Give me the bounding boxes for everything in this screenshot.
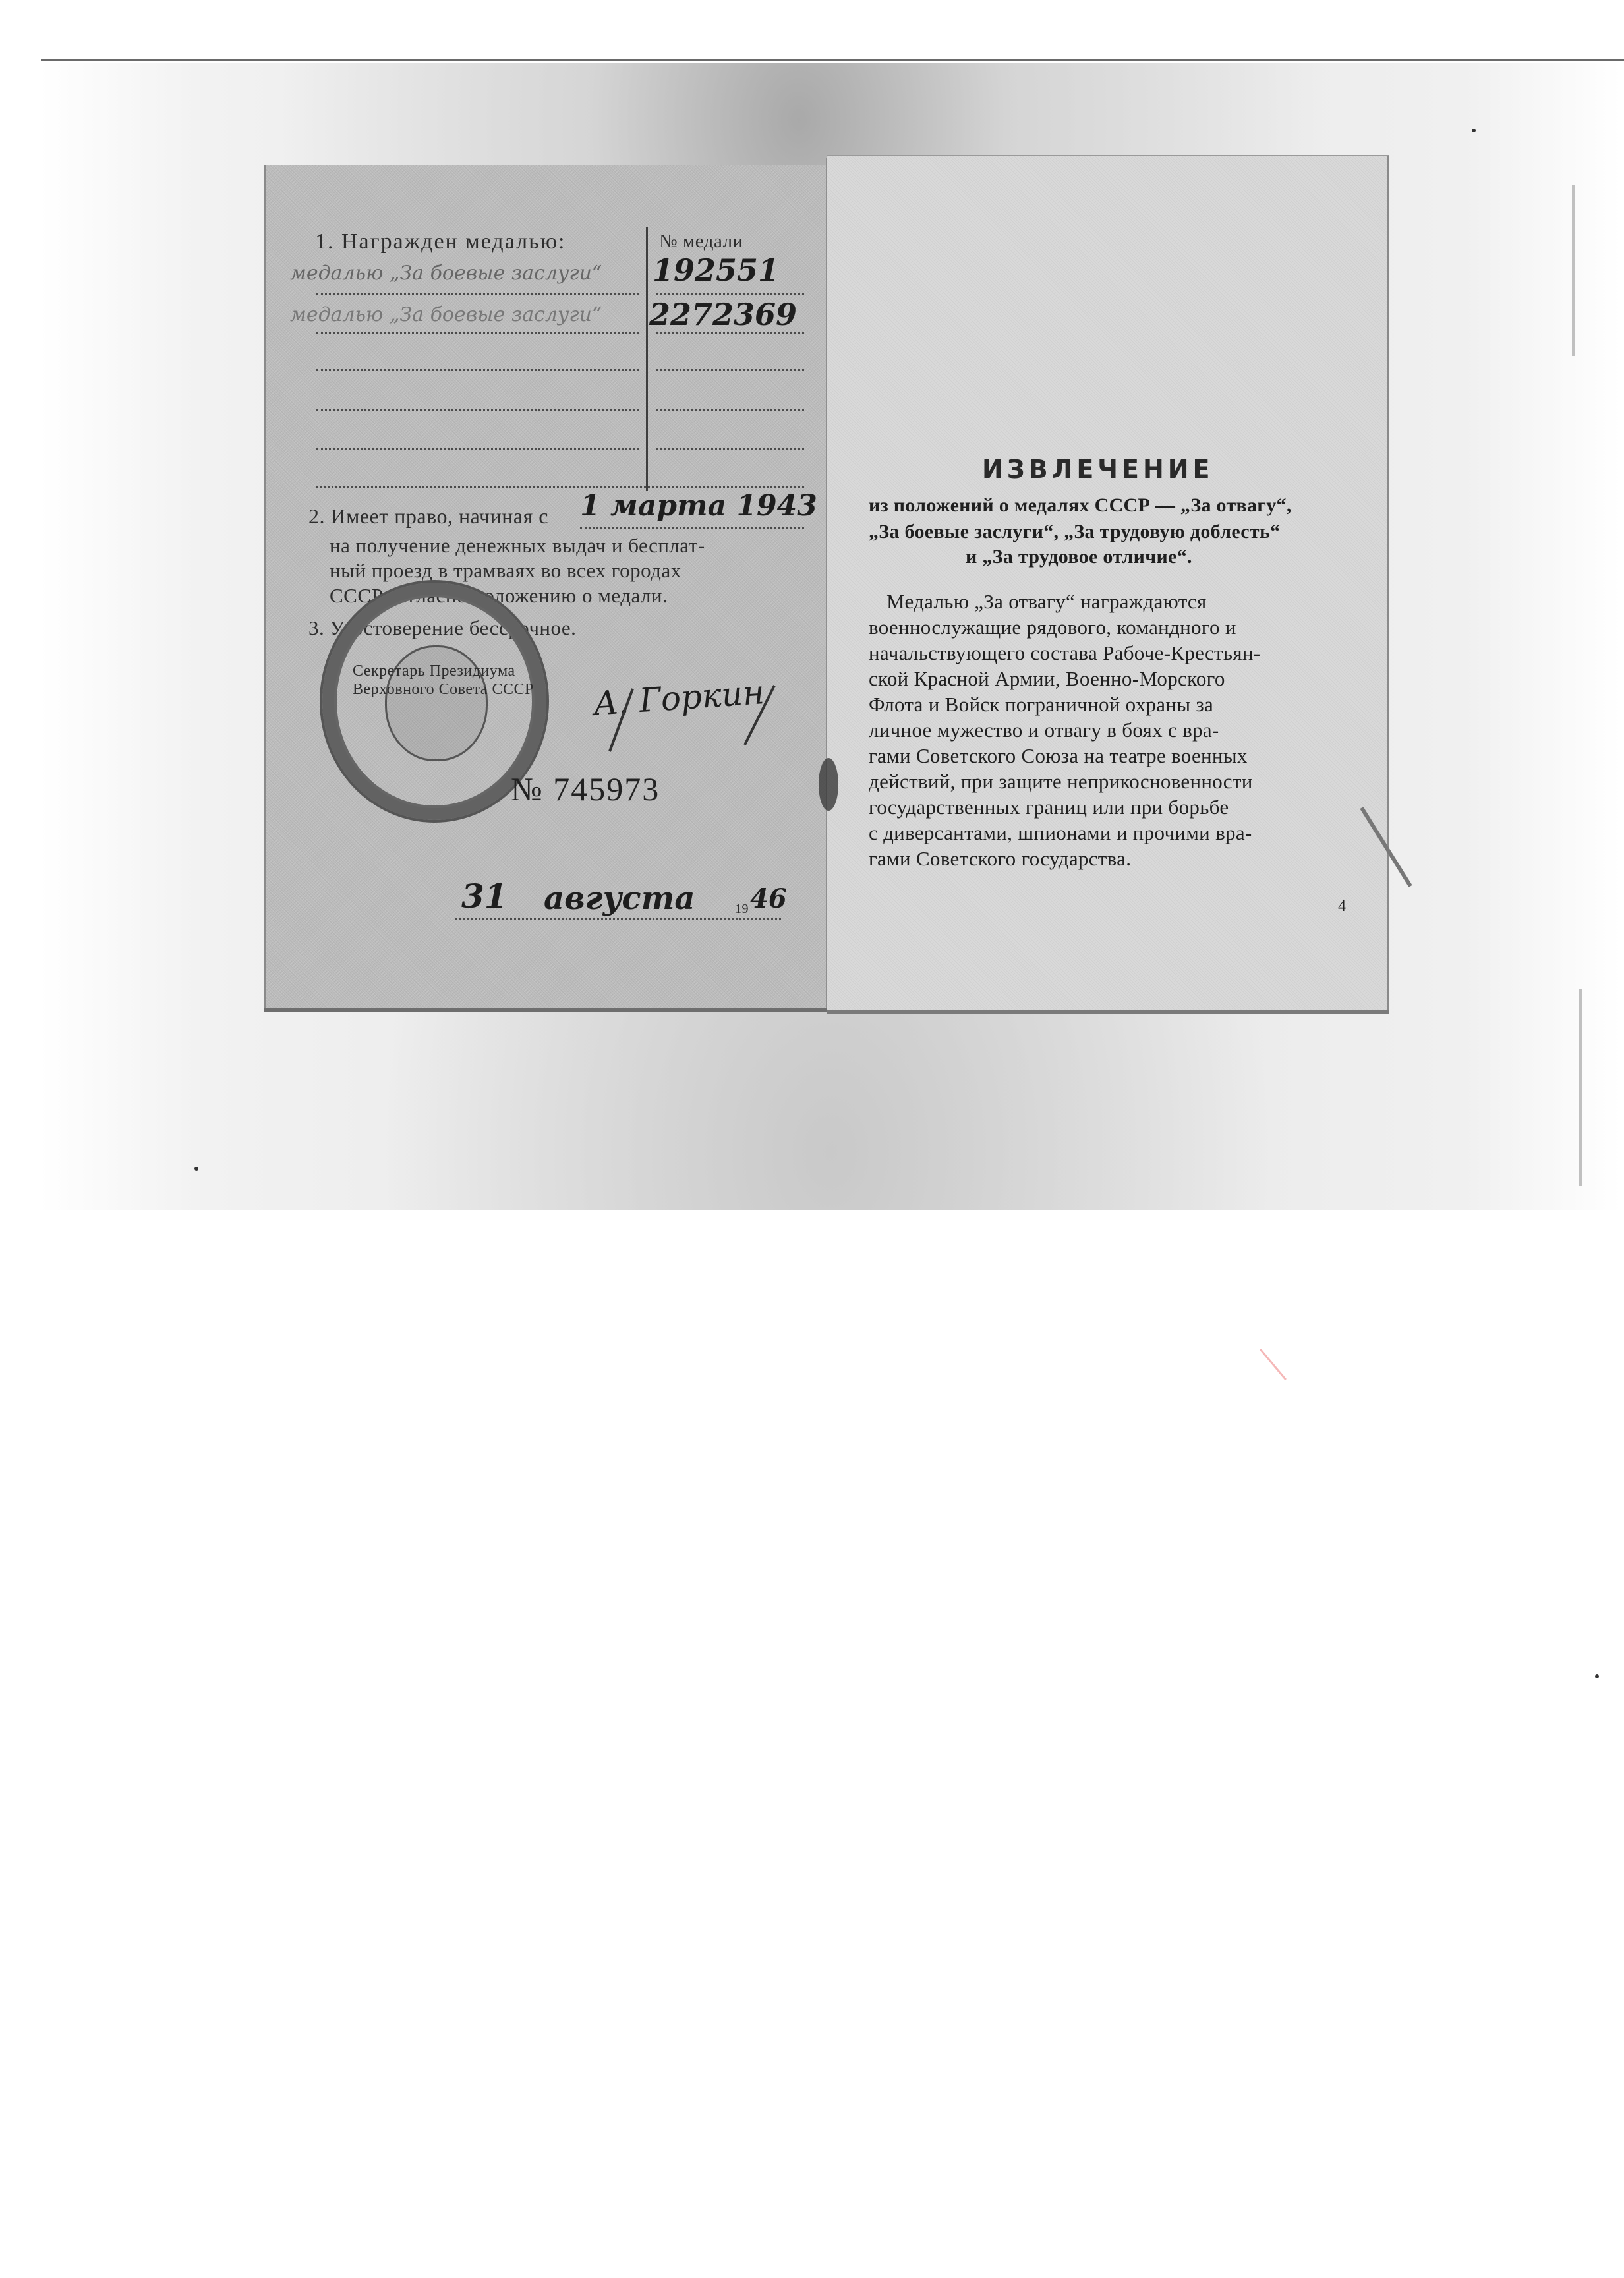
extract-body-line-2: военнослужащие рядового, командного и [869, 616, 1236, 639]
extract-body-line-5: Флота и Войск пограничной охраны за [869, 693, 1213, 716]
item2-date-handwritten: 1 марта 1943 [580, 489, 817, 523]
ink-smudge [819, 758, 838, 811]
extract-body-line-11: гами Советского государства. [869, 847, 1131, 871]
issue-year-suffix: 46 [750, 883, 787, 914]
extract-body-line-10: с диверсантами, шпионами и прочими вра- [869, 821, 1252, 845]
item1-label: 1. Награжден медалью: [315, 229, 565, 254]
dotted-line [316, 486, 804, 488]
issue-month: августа [544, 880, 695, 917]
award-name-1: медалью „За боевые заслуги“ [290, 262, 602, 285]
extract-body-line-3: начальствующего состава Рабоче-Крестьян- [869, 641, 1260, 665]
award-number-2: 2272369 [649, 297, 797, 332]
extract-subtitle-3: и „За трудовое отличие“. [966, 546, 1192, 568]
item2-prefix: 2. Имеет право, начиная с [308, 504, 548, 529]
dotted-line [580, 527, 804, 529]
extract-subtitle-1: из положений о медалях СССР — „За отвагу… [869, 494, 1292, 517]
dotted-line [656, 409, 804, 411]
red-pen-mark [1260, 1349, 1287, 1380]
extract-body-line-4: ской Красной Армии, Военно-Морского [869, 667, 1225, 691]
extract-body-line-7: гами Советского Союза на театре военных [869, 744, 1248, 768]
dotted-line [316, 332, 639, 334]
item2-line-2: ный проезд в трамваях во всех городах [330, 559, 681, 583]
extract-right-page [827, 155, 1389, 1010]
extract-subtitle-2: „За боевые заслуги“, „За трудовую доблес… [869, 521, 1280, 543]
scan-streak [1572, 185, 1575, 356]
scan-streak [1579, 989, 1582, 1186]
issue-year-prefix: 19 [735, 902, 749, 917]
dotted-line [455, 918, 781, 920]
dotted-line [656, 369, 804, 371]
extract-body-line-6: личное мужество и отвагу в боях с вра- [869, 718, 1219, 742]
scan-speck [1595, 1674, 1599, 1678]
signature-stroke-icon [596, 676, 801, 755]
award-name-2: медалью „За боевые заслуги“ [290, 303, 602, 326]
signatory-line-2: Верховного Совета СССР [353, 681, 534, 699]
item2-line-1: на получение денежных выдач и бесплат- [330, 534, 705, 558]
award-number-1: 192551 [652, 252, 779, 288]
extract-body-line-1: Медалью „За отвагу“ награждаются [886, 590, 1207, 614]
column-divider [646, 227, 648, 491]
scan-edge-line [41, 59, 1624, 61]
dotted-line [316, 293, 639, 295]
dotted-line [316, 448, 639, 450]
certificate-number: № 745973 [511, 770, 660, 808]
dotted-line [656, 332, 804, 334]
medal-number-header: № медали [659, 231, 743, 252]
extract-title: ИЗВЛЕЧЕНИЕ [982, 455, 1214, 484]
scan-speck [1472, 129, 1476, 132]
page-number: 4 [1338, 898, 1346, 916]
dotted-line [656, 293, 804, 295]
issue-day: 31 [461, 877, 507, 916]
dotted-line [656, 448, 804, 450]
dotted-line [316, 409, 639, 411]
dotted-line [316, 369, 639, 371]
signatory-line-1: Секретарь Президиума [353, 662, 515, 680]
extract-body-line-9: государственных границ или при борьбе [869, 796, 1229, 819]
scan-speck [194, 1167, 198, 1171]
extract-body-line-8: действий, при защите неприкосновенности [869, 770, 1253, 794]
